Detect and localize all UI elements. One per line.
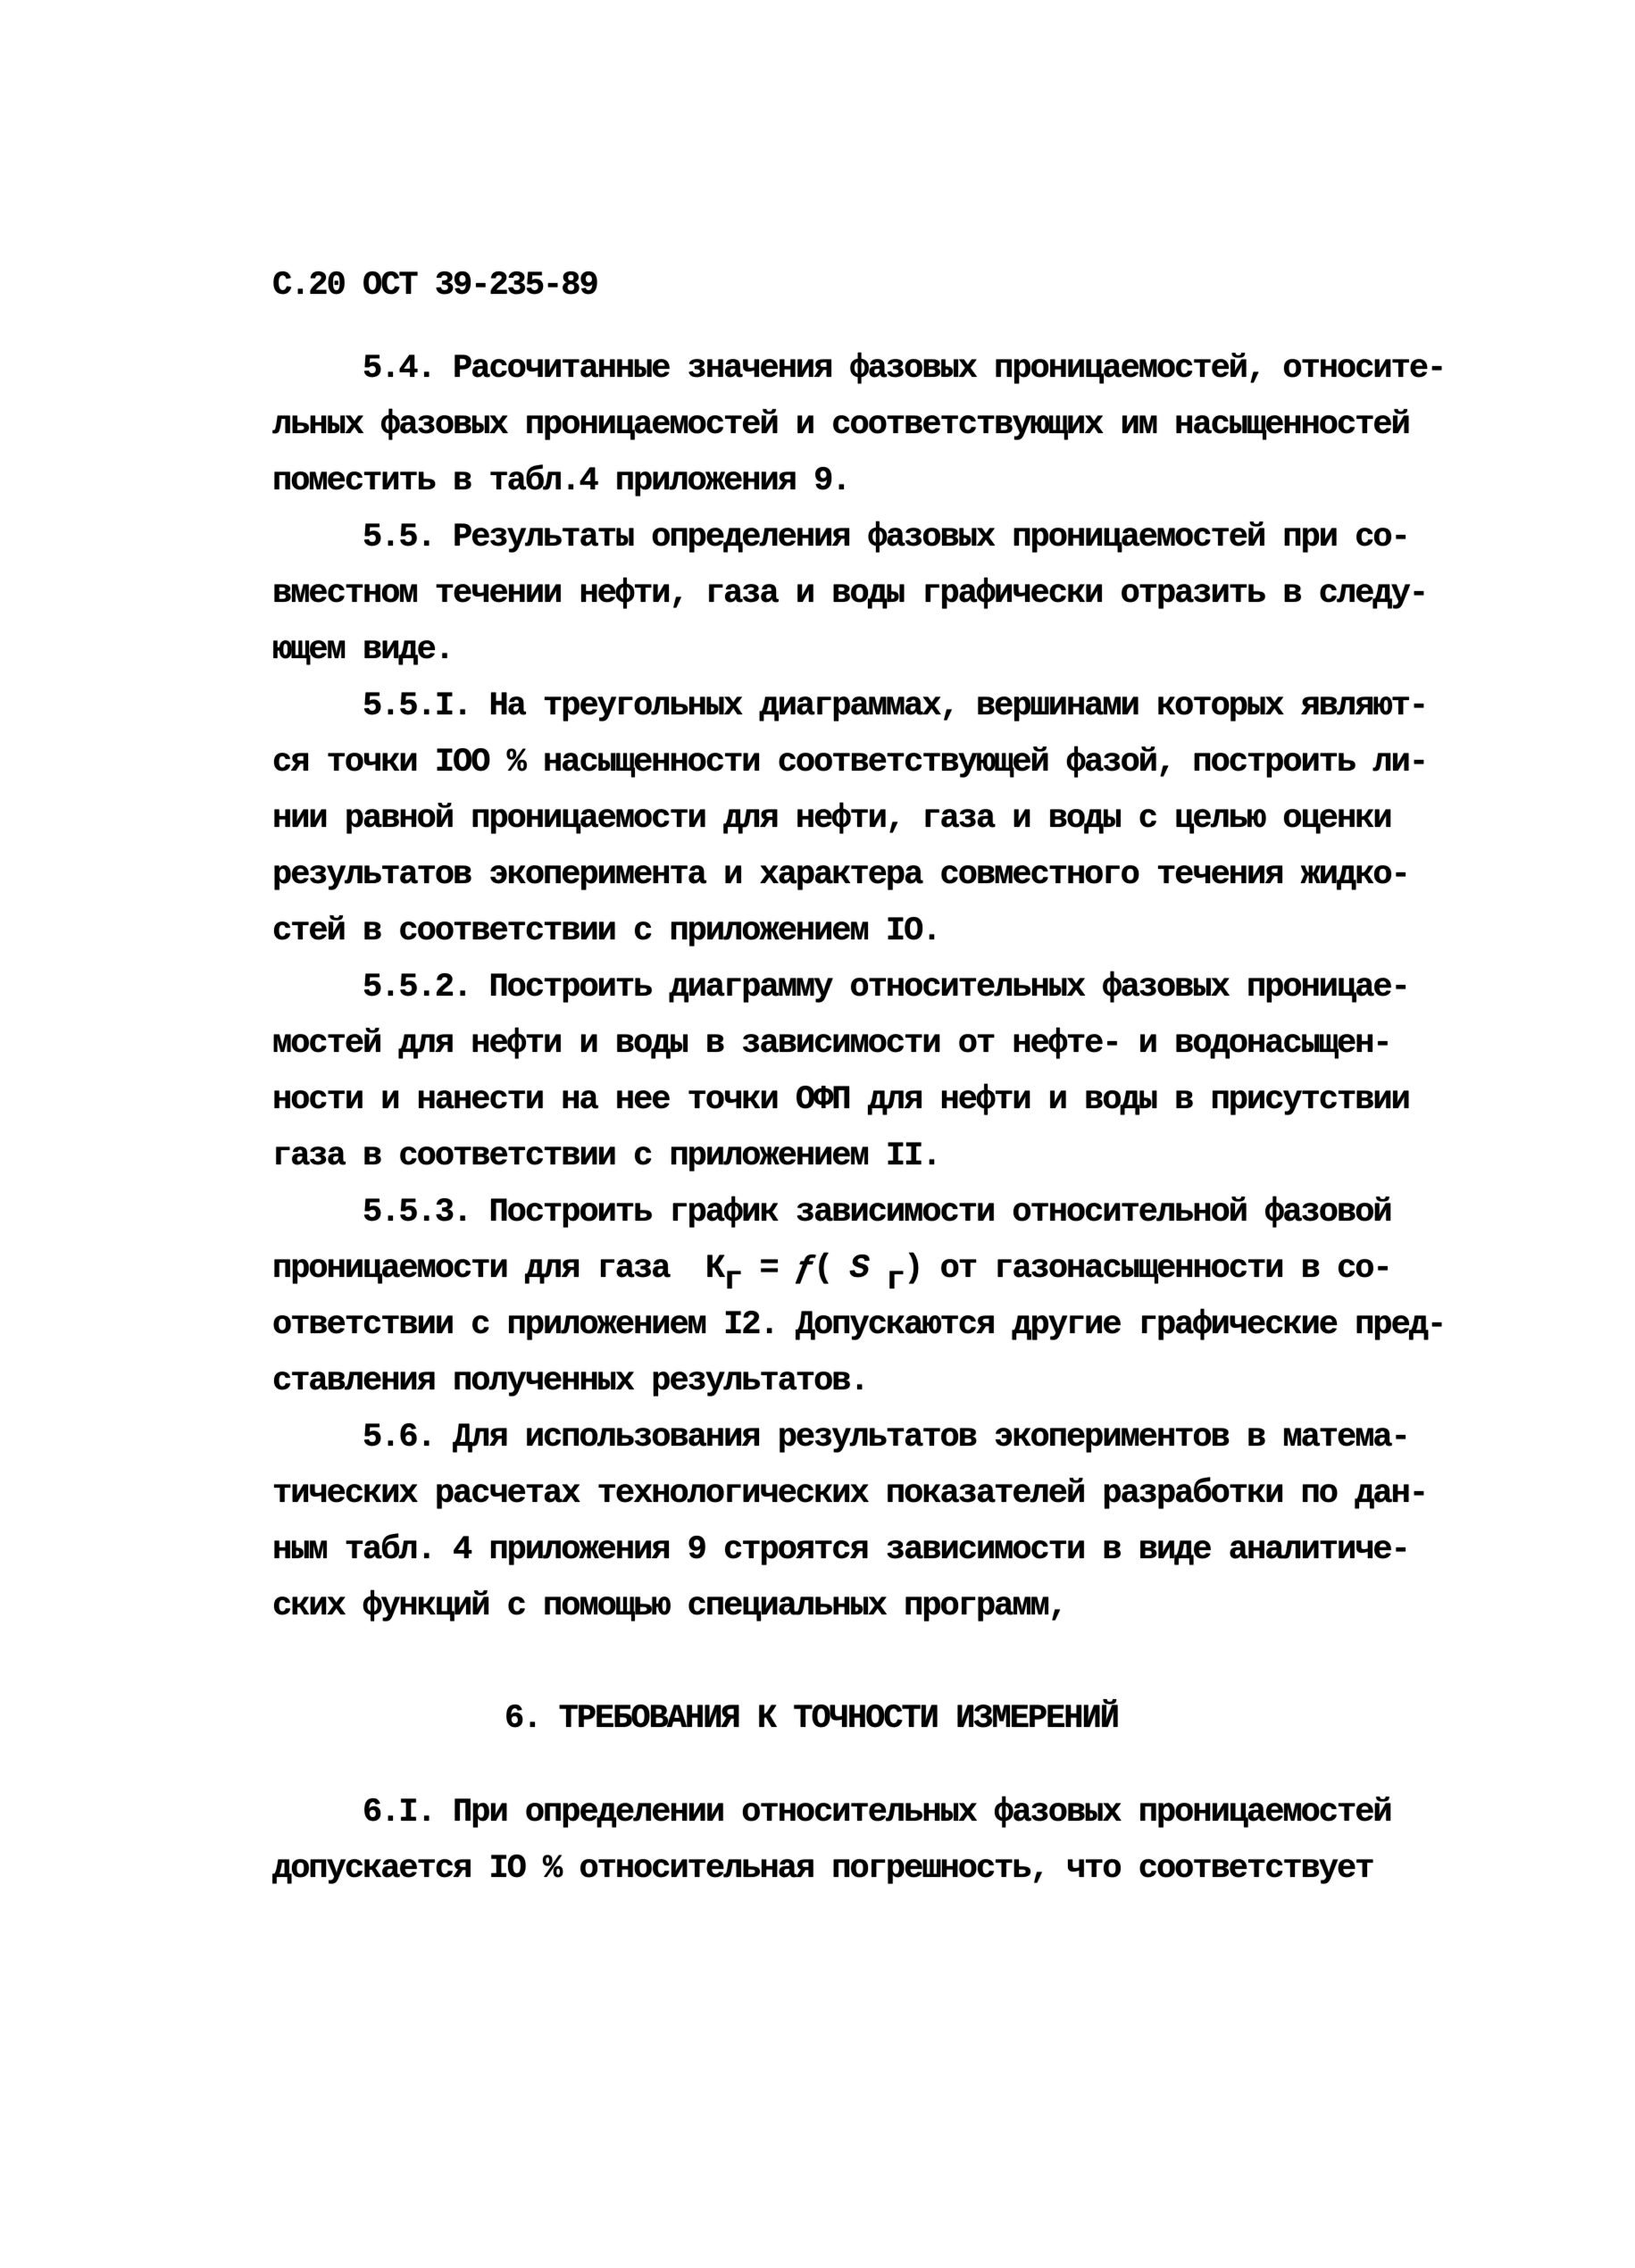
paragraph-5-5-2-line-4: газа в соответствии с приложением II. (272, 1129, 1445, 1185)
paragraph-5-4-line-2: льных фазовых проницаемостей и соответст… (272, 397, 1445, 454)
formula-equals: = (741, 1250, 796, 1288)
paragraph-5-5-3-line-4: ставления полученных результатов. (272, 1354, 1445, 1410)
paragraph-5-6-line-4: ских функций с помощью специальных прогр… (272, 1579, 1445, 1635)
paragraph-5-4-line-3: поместить в табл.4 приложения 9. (272, 454, 1445, 510)
paragraph-6-1: 6.I. При определении относительных фазов… (272, 1785, 1445, 1897)
formula-suffix-text: ) от газонасыщенности в со- (904, 1250, 1391, 1288)
saturation-s-symbol: S (850, 1250, 868, 1288)
paragraph-5-5-2-line-1: 5.5.2. Построить диаграмму относительных… (272, 960, 1445, 1016)
paragraph-5-5-1-line-1: 5.5.I. На треугольных диаграммах, вершин… (272, 679, 1445, 735)
scanned-document-page: С.20 ОСТ 39-235-89 5.4. Расочитанные зна… (0, 0, 1635, 2268)
formula-prefix-text: проницаемости для газа К (272, 1250, 723, 1288)
document-body: 5.4. Расочитанные значения фазовых прони… (272, 341, 1445, 1897)
paragraph-5-5-line-2: вместном течении нефти, газа и воды граф… (272, 566, 1445, 622)
formula-s-subscript-g: г (868, 1262, 904, 1299)
paragraph-5-5-2-line-2: мостей для нефти и воды в зависимости от… (272, 1016, 1445, 1072)
paragraph-5-5-1-line-5: стей в соответствии с приложением IO. (272, 904, 1445, 960)
paragraph-5-5-line-1: 5.5. Результаты определения фазовых прон… (272, 510, 1445, 566)
section-6-heading: 6. ТРЕБОВАНИЯ К ТОЧНОСТИ ИЗМЕРЕНИЙ (272, 1691, 1445, 1747)
paragraph-6-1-line-1: 6.I. При определении относительных фазов… (272, 1785, 1445, 1841)
paragraph-5-4-line-1: 5.4. Расочитанные значения фазовых прони… (272, 341, 1445, 397)
formula-k-subscript-g: г (723, 1262, 741, 1299)
formula-open-paren: ( (813, 1250, 849, 1288)
paragraph-5-5-1-line-3: нии равной проницаемости для нефти, газа… (272, 791, 1445, 847)
paragraph-5-5-3-line-3: ответствии с приложением I2. Допускаются… (272, 1297, 1445, 1354)
paragraph-5-5-2-line-3: ности и нанести на нее точки ОФП для неф… (272, 1072, 1445, 1129)
paragraph-5-5-3-line-1: 5.5.3. Построить график зависимости отно… (272, 1185, 1445, 1241)
paragraph-5-6-line-3: ным табл. 4 приложения 9 строятся зависи… (272, 1522, 1445, 1579)
paragraph-5-6-line-1: 5.6. Для использования результатов экопе… (272, 1410, 1445, 1466)
paragraph-5-6-line-2: тических расчетах технологических показа… (272, 1466, 1445, 1522)
paragraph-5-5-1-line-4: результатов экоперимента и характера сов… (272, 847, 1445, 904)
page-header: С.20 ОСТ 39-235-89 (272, 258, 597, 314)
function-f-symbol: ƒ (796, 1250, 813, 1288)
paragraph-5-5-1-line-2: ся точки IOO % насыщенности соответствую… (272, 735, 1445, 791)
paragraph-5-5-3-formula-line: проницаемости для газа Кг = ƒ( S г) от г… (272, 1241, 1445, 1297)
paragraph-5-5-line-3: ющем виде. (272, 622, 1445, 679)
paragraph-6-1-line-2: допускается IO % относительная погрешнос… (272, 1841, 1445, 1897)
